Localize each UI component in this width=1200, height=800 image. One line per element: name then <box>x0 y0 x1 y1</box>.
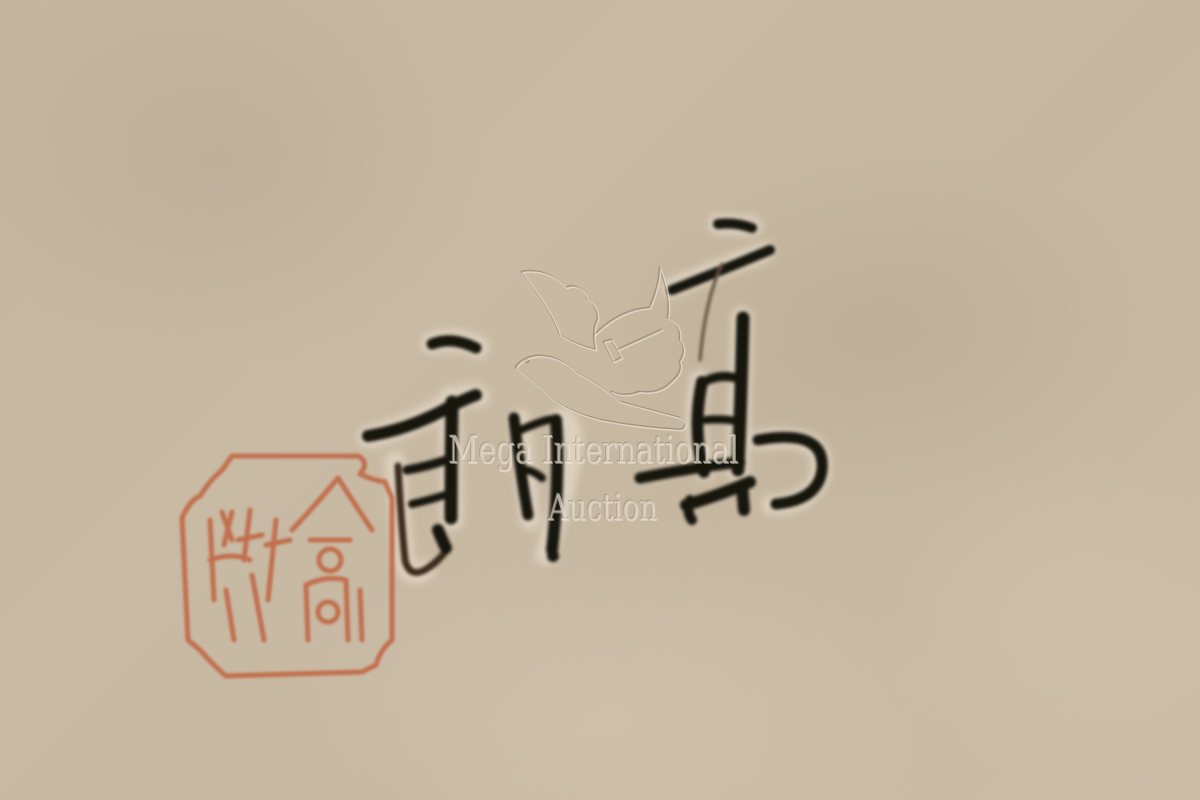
dove-logo-icon <box>0 0 1200 800</box>
watermark-line-1: Mega International <box>448 428 739 472</box>
paper-background: Mega International Auction <box>0 0 1200 800</box>
watermark-line-2: Auction <box>548 488 657 529</box>
